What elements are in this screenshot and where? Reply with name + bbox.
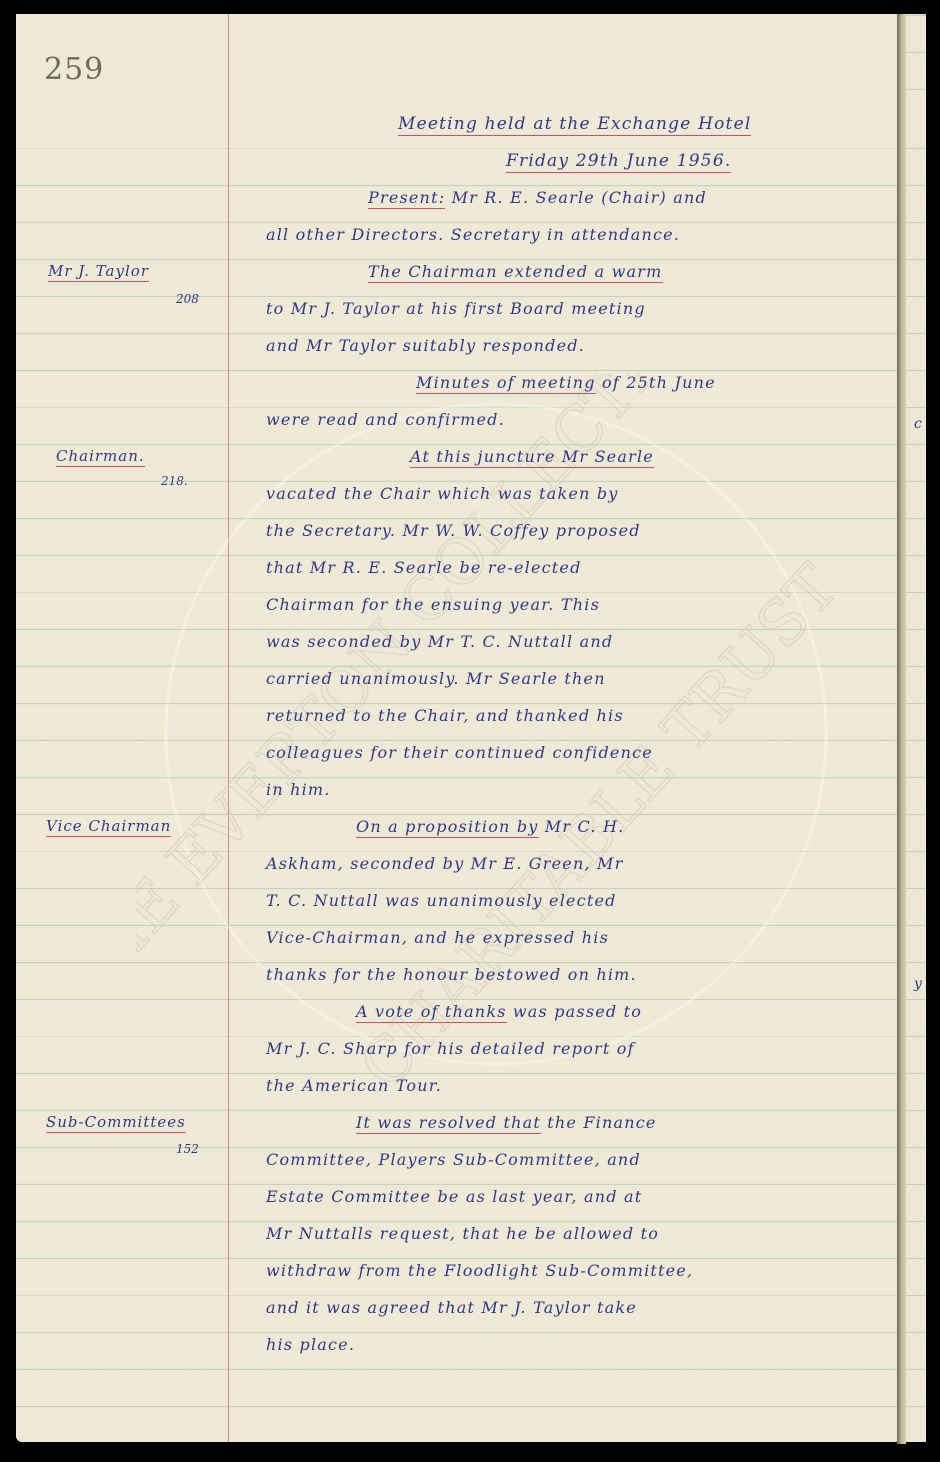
line-minutes-2: were read and confirmed.: [266, 410, 505, 429]
line-chairman-6: was seconded by Mr T. C. Nuttall and: [266, 632, 613, 651]
watermark: THE EVERTON COLLECTION CHARITABLE TRUST: [136, 374, 856, 1094]
line-sub-7: his place.: [266, 1335, 355, 1354]
line-minutes-1: Minutes of meeting of 25th June: [416, 373, 716, 392]
line-sub-1: It was resolved that the Finance: [356, 1113, 657, 1132]
meeting-date: Friday 29th June 1956.: [506, 151, 731, 173]
margin-note-sub-committees: Sub-Committees: [46, 1113, 186, 1133]
margin-note-taylor: Mr J. Taylor: [48, 262, 149, 282]
line-vice-4: Vice-Chairman, and he expressed his: [266, 928, 609, 947]
line-chairman-10: in him.: [266, 780, 331, 799]
line-vote-3: the American Tour.: [266, 1076, 442, 1095]
line-vice-5: thanks for the honour bestowed on him.: [266, 965, 637, 984]
line-chairman-7: carried unanimously. Mr Searle then: [266, 669, 606, 688]
line-vice-2: Askham, seconded by Mr E. Green, Mr: [266, 854, 623, 873]
line-chairman-4: that Mr R. E. Searle be re-elected: [266, 558, 582, 577]
line-chairman-8: returned to the Chair, and thanked his: [266, 706, 624, 725]
watermark-line-1: THE EVERTON COLLECTION: [136, 374, 736, 1017]
line-taylor-1: The Chairman extended a warm: [368, 262, 663, 281]
line-sub-5: withdraw from the Floodlight Sub-Committ…: [266, 1261, 693, 1280]
margin-note-vice-chairman: Vice Chairman: [46, 817, 171, 837]
line-chairman-1: At this juncture Mr Searle: [410, 447, 654, 466]
line-sub-6: and it was agreed that Mr J. Taylor take: [266, 1298, 637, 1317]
line-taylor-3: and Mr Taylor suitably responded.: [266, 336, 585, 355]
line-vote-1: A vote of thanks was passed to: [356, 1002, 642, 1021]
margin-rule: [228, 14, 229, 1442]
facing-page-ink-mark: c: [914, 416, 922, 432]
facing-page-ink-mark-2: y: [914, 976, 922, 992]
line-sub-4: Mr Nuttalls request, that he be allowed …: [266, 1224, 659, 1243]
line-chairman-3: the Secretary. Mr W. W. Coffey proposed: [266, 521, 641, 540]
book-gutter: [897, 14, 906, 1444]
line-chairman-9: colleagues for their continued confidenc…: [266, 743, 653, 762]
line-present: Present: Mr R. E. Searle (Chair) and: [368, 188, 707, 207]
margin-ref-sub-committees: 152: [176, 1142, 199, 1156]
line-chairman-2: vacated the Chair which was taken by: [266, 484, 619, 503]
line-taylor-2: to Mr J. Taylor at his first Board meeti…: [266, 299, 646, 318]
line-vote-2: Mr J. C. Sharp for his detailed report o…: [266, 1039, 635, 1058]
line-chairman-5: Chairman for the ensuing year. This: [266, 595, 600, 614]
margin-ref-taylor: 208: [176, 292, 199, 306]
line-sub-3: Estate Committee be as last year, and at: [266, 1187, 642, 1206]
line-vice-1: On a proposition by Mr C. H.: [356, 817, 624, 836]
facing-page-edge: c y: [906, 14, 926, 1442]
margin-note-chairman: Chairman.: [56, 447, 145, 467]
page-number: 259: [44, 52, 104, 87]
meeting-title: Meeting held at the Exchange Hotel: [398, 114, 751, 136]
ledger-page: 259 THE EVERTON COLLECTION CHARITABLE TR…: [16, 14, 901, 1442]
line-sub-2: Committee, Players Sub-Committee, and: [266, 1150, 641, 1169]
margin-ref-chairman: 218.: [161, 474, 188, 488]
line-present-2: all other Directors. Secretary in attend…: [266, 225, 680, 244]
line-vice-3: T. C. Nuttall was unanimously elected: [266, 891, 617, 910]
